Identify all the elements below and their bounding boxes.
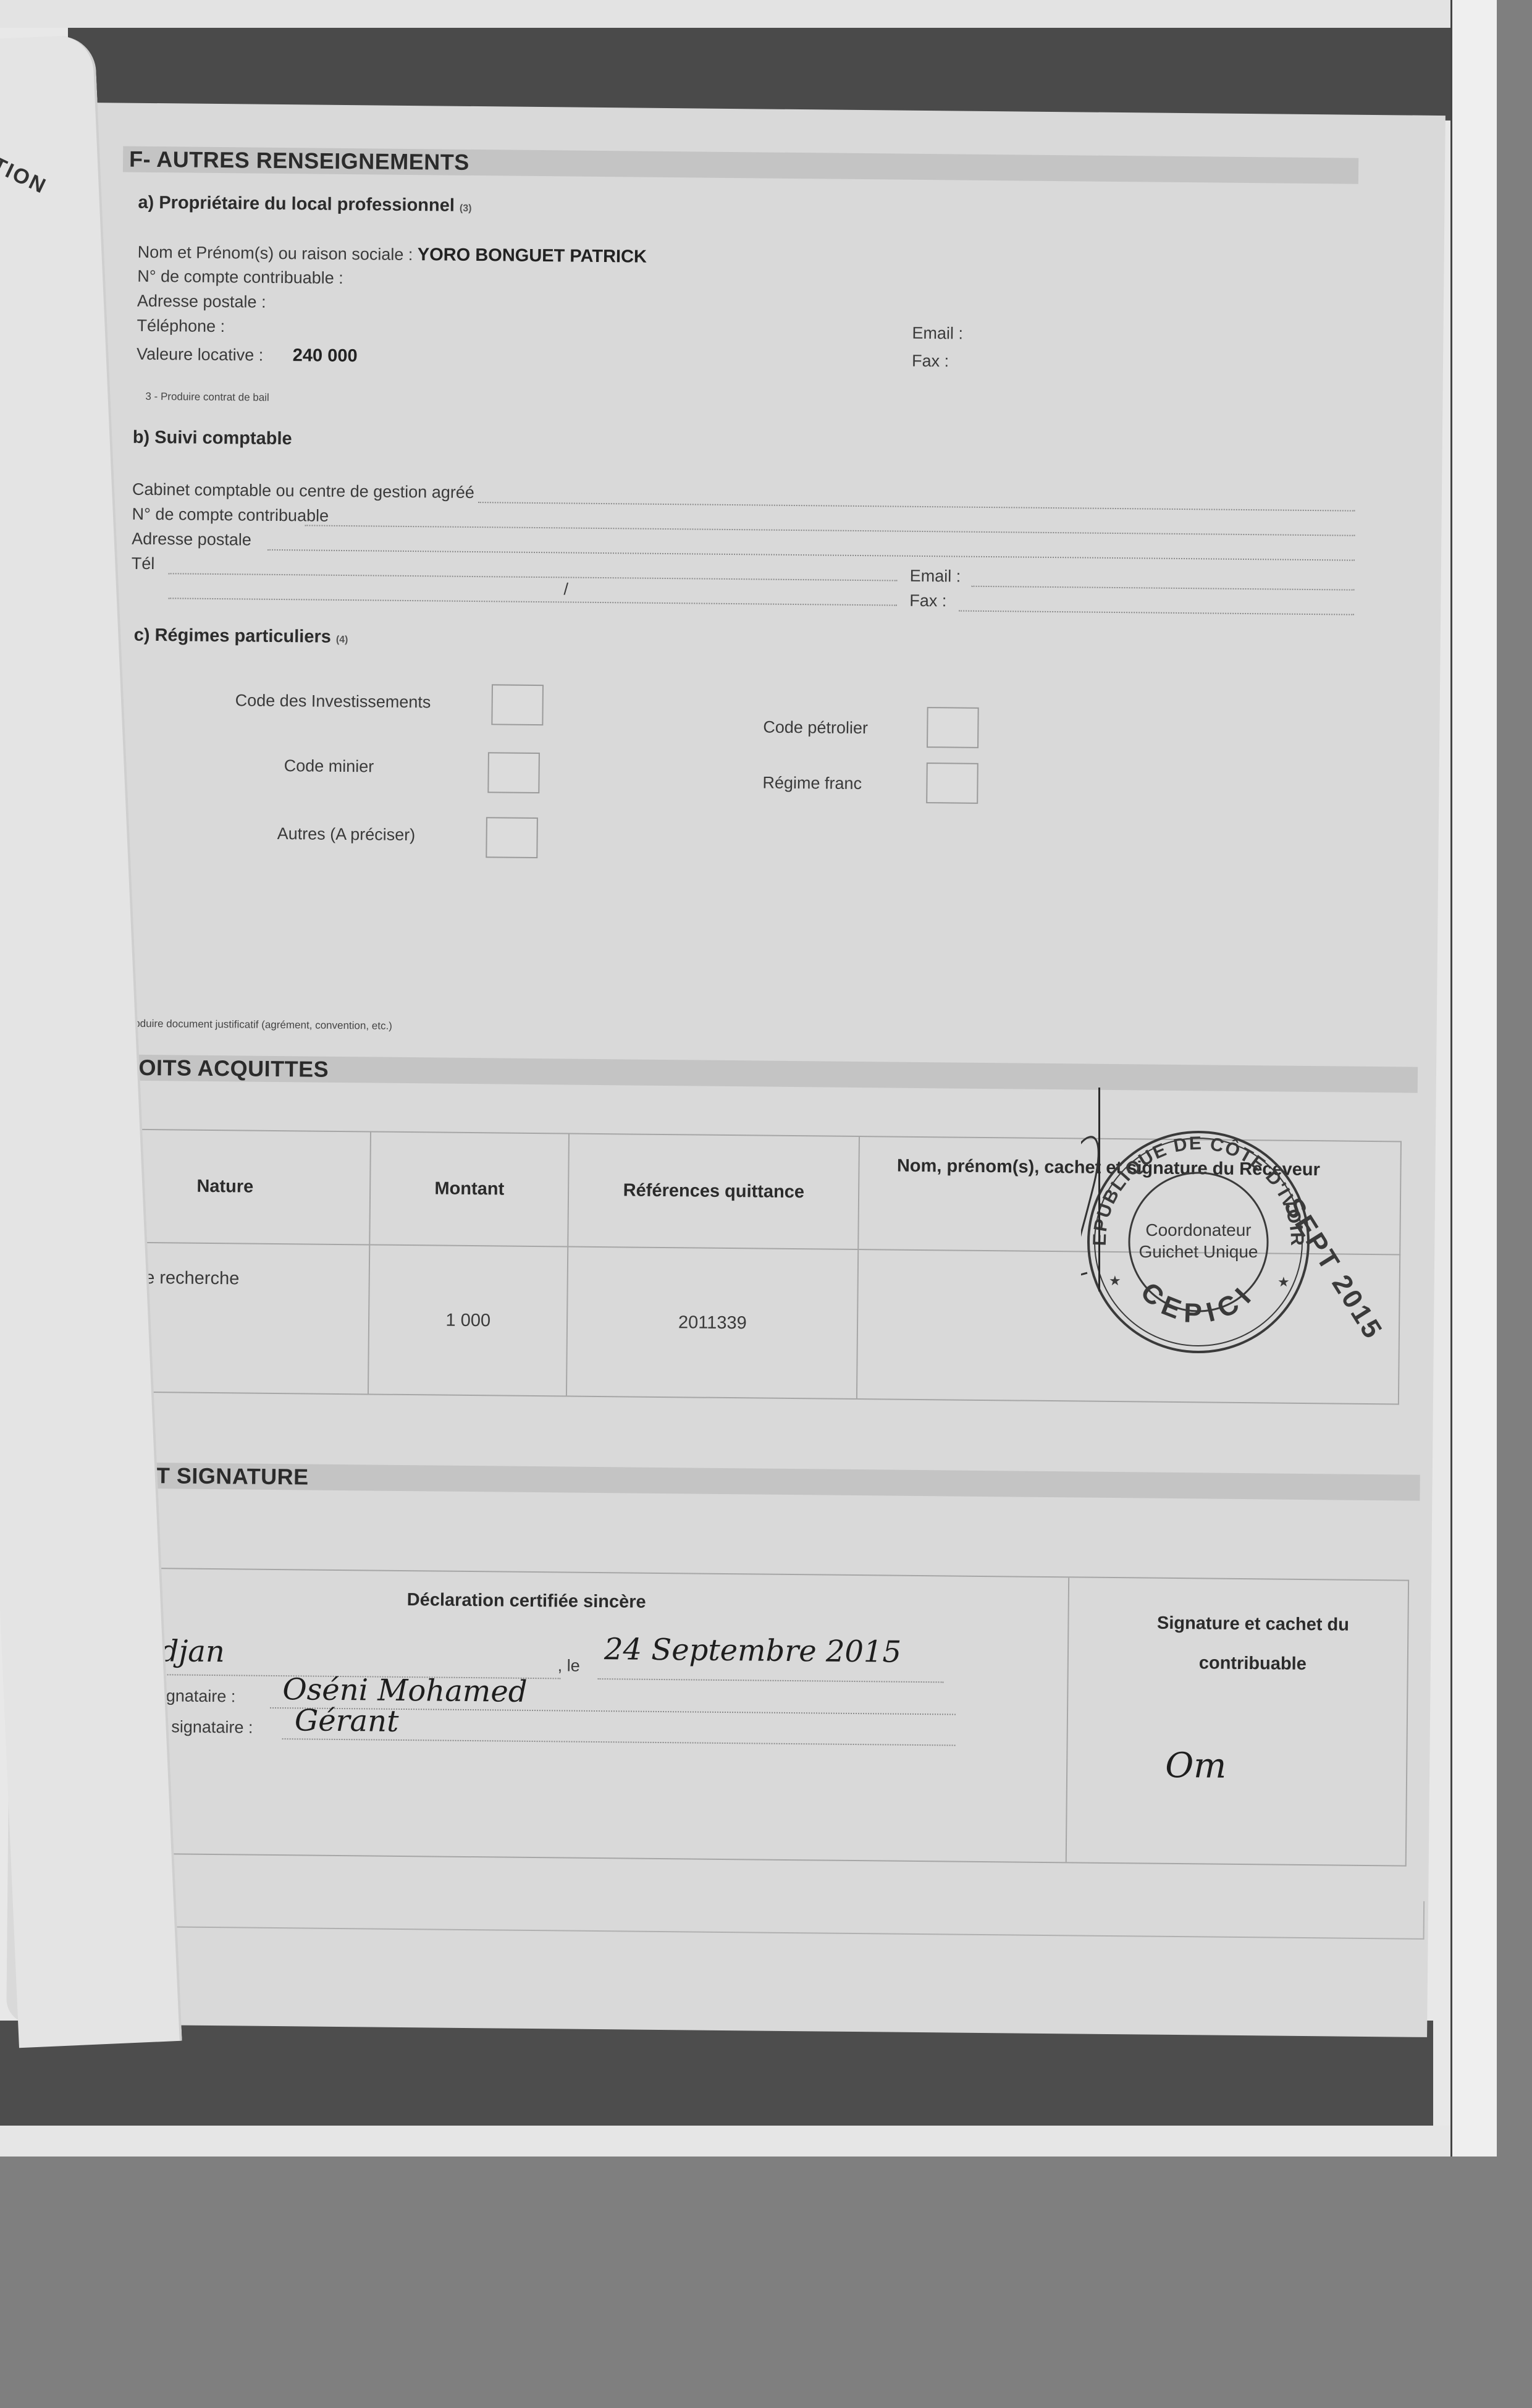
owner-name-value: YORO BONGUET PATRICK <box>418 245 647 267</box>
section-f-c-title-text: c) Régimes particuliers <box>134 625 331 647</box>
signature-stroke <box>1098 1088 1100 1291</box>
regime-checkbox-investissements[interactable] <box>491 684 544 725</box>
stamp-center-line2: Guichet Unique <box>1138 1242 1258 1261</box>
col-montant: Montant <box>370 1131 569 1246</box>
accountant-fax-field[interactable] <box>959 610 1354 615</box>
contribuable-signature: Om <box>1165 1746 1227 1786</box>
footnote-ref-4: (4) <box>336 635 348 645</box>
scanner-shadow-bottom <box>0 2021 1433 2126</box>
contribuable-title-line2: contribuable <box>1105 1642 1402 1685</box>
regime-checkbox-autres[interactable] <box>486 817 538 858</box>
cell-montant: 1 000 <box>368 1244 568 1396</box>
owner-rent-value: 240 000 <box>293 345 358 366</box>
accountant-account-label: N° de compte contribuable <box>132 505 329 526</box>
phone-separator: / <box>563 580 568 599</box>
footnote-4: 4 - Produire document justificatif (agré… <box>109 1017 392 1032</box>
contribuable-signature-title: Signature et cachet du contribuable <box>1105 1603 1402 1685</box>
stamp-star-icon: ★ <box>1109 1273 1121 1288</box>
owner-address-label: Adresse postale : <box>137 292 266 312</box>
stamp-center-line1: Coordonateur <box>1145 1220 1251 1240</box>
owner-account-label: N° de compte contribuable : <box>137 267 343 288</box>
regime-checkbox-franc[interactable] <box>926 763 979 804</box>
svg-text:CEPICI: CEPICI <box>1135 1277 1262 1329</box>
section-f-title: F- AUTRES RENSEIGNEMENTS <box>129 146 469 175</box>
page-outer-frame <box>32 1888 1425 1940</box>
signataire-quality-value[interactable]: Gérant <box>295 1703 399 1739</box>
accountant-address-label: Adresse postale <box>132 530 251 550</box>
regime-label-petrolier: Code pétrolier <box>763 718 868 738</box>
owner-phone-label: Téléphone : <box>137 316 225 336</box>
declaration-panel: Déclaration certifiée sincère A Abidjan … <box>59 1568 1069 1862</box>
stamp-star-icon: ★ <box>1277 1274 1290 1290</box>
owner-rent-row: Valeure locative : 240 000 <box>137 344 358 366</box>
accountant-email-field[interactable] <box>972 586 1355 591</box>
accountant-email-label: Email : <box>910 567 961 586</box>
owner-fax-label: Fax : <box>912 352 949 371</box>
regime-label-franc: Régime franc <box>762 774 862 794</box>
accountant-firm-field[interactable] <box>478 502 1355 512</box>
owner-name-row: Nom et Prénom(s) ou raison sociale : YOR… <box>138 242 647 268</box>
regime-label-autres: Autres (A préciser) <box>277 824 416 845</box>
accountant-address-field[interactable] <box>267 549 1355 561</box>
date-label: , le <box>558 1656 580 1675</box>
visa-box: Déclaration certifiée sincère A Abidjan … <box>57 1567 1409 1867</box>
scan-bottom-edge <box>0 2126 1495 2157</box>
owner-name-label: Nom et Prénom(s) ou raison sociale : <box>138 243 413 264</box>
cepici-stamp: REPUBLIQUE DE CÔTE D'IVOIRE CEPICI Coord… <box>1081 1125 1316 1359</box>
accountant-phone-field[interactable] <box>169 573 898 581</box>
contribuable-title-line1: Signature et cachet du <box>1105 1603 1402 1645</box>
accountant-account-field[interactable] <box>305 525 1355 536</box>
regime-checkbox-minier[interactable] <box>487 752 540 793</box>
signataire-quality-field[interactable] <box>282 1738 956 1746</box>
accountant-phone-field-2[interactable] <box>168 598 897 606</box>
section-f-c-title: c) Régimes particuliers (4) <box>134 625 348 648</box>
accountant-phone-label: Tél <box>132 554 155 573</box>
declaration-title: Déclaration certifiée sincère <box>407 1590 646 1613</box>
owner-rent-label: Valeure locative : <box>137 345 263 365</box>
scan-right-edge <box>1450 0 1497 2157</box>
accountant-firm-label: Cabinet comptable ou centre de gestion a… <box>132 480 474 502</box>
regime-label-investissements: Code des Investissements <box>235 691 431 712</box>
regime-label-minier: Code minier <box>284 756 374 776</box>
date-value[interactable]: 24 Septembre 2015 <box>604 1632 902 1670</box>
section-f-b-title: b) Suivi comptable <box>133 428 292 449</box>
regime-checkbox-petrolier[interactable] <box>927 707 979 748</box>
accountant-fax-label: Fax : <box>909 591 946 611</box>
stamp-ring-bottom-text: CEPICI <box>1135 1277 1262 1329</box>
date-field[interactable] <box>598 1678 944 1683</box>
footnote-ref-3: (3) <box>460 203 472 214</box>
owner-email-label: Email : <box>912 324 963 344</box>
section-f-a-title: a) Propriétaire du local professionnel (… <box>138 193 471 216</box>
footnote-3: 3 - Produire contrat de bail <box>145 391 269 404</box>
section-f-a-title-text: a) Propriétaire du local professionnel <box>138 193 455 216</box>
cell-reference: 2011339 <box>566 1247 859 1400</box>
form-page: F- AUTRES RENSEIGNEMENTS a) Propriétaire… <box>6 102 1446 2037</box>
flap-text: STRATION <box>0 125 51 199</box>
col-reference: Références quittance <box>568 1134 859 1250</box>
scan-top-edge <box>0 0 1495 28</box>
